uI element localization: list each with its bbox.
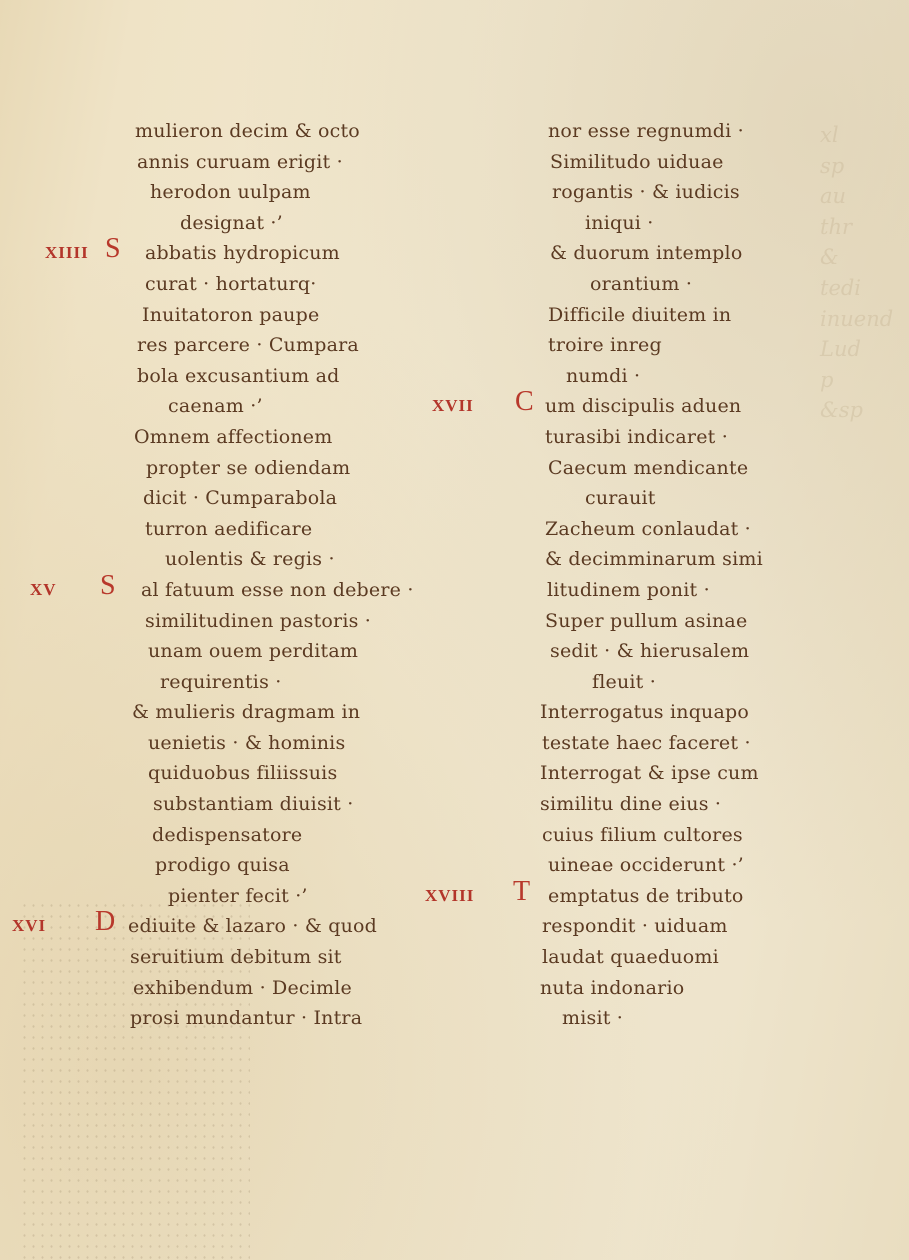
line-text: designat ·’ xyxy=(180,208,283,239)
manuscript-line: Zacheum conlaudat · xyxy=(420,514,820,545)
line-text: res parcere · Cumpara xyxy=(137,330,359,361)
line-text: curauit xyxy=(585,483,656,514)
manuscript-line: misit · xyxy=(420,1003,820,1034)
manuscript-line: designat ·’ xyxy=(0,208,420,239)
line-text: uolentis & regis · xyxy=(165,544,335,575)
manuscript-line: nuta indonario xyxy=(420,973,820,1004)
line-text: cuius filium cultores xyxy=(542,820,743,851)
manuscript-line: uineae occiderunt ·’ xyxy=(420,850,820,881)
manuscript-line: seruitium debitum sit xyxy=(0,942,420,973)
line-text: nor esse regnumdi · xyxy=(548,116,744,147)
line-text: pienter fecit ·’ xyxy=(168,881,308,912)
line-text: dicit · Cumparabola xyxy=(143,483,337,514)
line-text: & mulieris dragmam in xyxy=(132,697,360,728)
chapter-number-rubric: XVIII xyxy=(425,881,474,912)
line-text: nuta indonario xyxy=(540,973,684,1004)
line-text: prodigo quisa xyxy=(155,850,290,881)
manuscript-line: respondit · uiduam xyxy=(420,911,820,942)
show-through-fragment: au xyxy=(820,181,909,212)
line-text: Difficile diuitem in xyxy=(548,300,731,331)
line-text: al fatuum esse non debere · xyxy=(141,575,414,606)
manuscript-line: similitu dine eius · xyxy=(420,789,820,820)
line-text: dedispensatore xyxy=(152,820,302,851)
manuscript-line: turron aedificare xyxy=(0,514,420,545)
rubricated-initial: T xyxy=(513,877,530,908)
manuscript-line: Caecum mendicante xyxy=(420,453,820,484)
line-text: bola excusantium ad xyxy=(137,361,340,392)
line-text: Interrogat & ipse cum xyxy=(540,758,759,789)
manuscript-line: Difficile diuitem in xyxy=(420,300,820,331)
line-text: iniqui · xyxy=(585,208,654,239)
manuscript-line: nor esse regnumdi · xyxy=(420,116,820,147)
line-text: unam ouem perditam xyxy=(148,636,358,667)
line-text: uenietis · & hominis xyxy=(148,728,345,759)
line-text: substantiam diuisit · xyxy=(153,789,354,820)
rubricated-initial: S xyxy=(100,571,116,602)
line-text: Interrogatus inquapo xyxy=(540,697,749,728)
line-text: laudat quaeduomi xyxy=(542,942,719,973)
manuscript-line: turasibi indicaret · xyxy=(420,422,820,453)
show-through-fragment: Lud xyxy=(820,334,909,365)
manuscript-line: numdi · xyxy=(420,361,820,392)
manuscript-line: Interrogatus inquapo xyxy=(420,697,820,728)
manuscript-line: uolentis & regis · xyxy=(0,544,420,575)
line-text: turron aedificare xyxy=(145,514,312,545)
line-text: annis curuam erigit · xyxy=(137,147,343,178)
line-text: numdi · xyxy=(566,361,640,392)
line-text: similitu dine eius · xyxy=(540,789,721,820)
line-text: turasibi indicaret · xyxy=(545,422,728,453)
manuscript-line: troire inreg xyxy=(420,330,820,361)
line-text: Omnem affectionem xyxy=(134,422,332,453)
line-text: troire inreg xyxy=(548,330,662,361)
line-text: & duorum intemplo xyxy=(550,238,742,269)
manuscript-line: sedit · & hierusalem xyxy=(420,636,820,667)
manuscript-line: iniqui · xyxy=(420,208,820,239)
manuscript-line: quiduobus filiissuis xyxy=(0,758,420,789)
show-through-fragment: thr xyxy=(820,212,909,243)
line-text: rogantis · & iudicis xyxy=(552,177,740,208)
manuscript-line: orantium · xyxy=(420,269,820,300)
manuscript-line: testate haec faceret · xyxy=(420,728,820,759)
manuscript-line: XVIDediuite & lazaro · & quod xyxy=(0,911,420,942)
manuscript-line: dedispensatore xyxy=(0,820,420,851)
show-through-fragment: sp xyxy=(820,151,909,182)
manuscript-line: Similitudo uiduae xyxy=(420,147,820,178)
manuscript-line: XVIIITemptatus de tributo xyxy=(420,881,820,912)
line-text: similitudinen pastoris · xyxy=(145,606,371,637)
manuscript-line: dicit · Cumparabola xyxy=(0,483,420,514)
line-text: Zacheum conlaudat · xyxy=(545,514,751,545)
line-text: seruitium debitum sit xyxy=(130,942,342,973)
manuscript-line: pienter fecit ·’ xyxy=(0,881,420,912)
line-text: caenam ·’ xyxy=(168,391,263,422)
line-text: fleuit · xyxy=(592,667,656,698)
line-text: ediuite & lazaro · & quod xyxy=(128,911,377,942)
manuscript-line: similitudinen pastoris · xyxy=(0,606,420,637)
line-text: propter se odiendam xyxy=(146,453,350,484)
manuscript-line: Super pullum asinae xyxy=(420,606,820,637)
chapter-number-rubric: XVII xyxy=(432,391,474,422)
manuscript-line: & mulieris dragmam in xyxy=(0,697,420,728)
manuscript-line: curauit xyxy=(420,483,820,514)
manuscript-line: Interrogat & ipse cum xyxy=(420,758,820,789)
manuscript-line: exhibendum · Decimle xyxy=(0,973,420,1004)
manuscript-line: & decimminarum simi xyxy=(420,544,820,575)
manuscript-line: cuius filium cultores xyxy=(420,820,820,851)
manuscript-line: & duorum intemplo xyxy=(420,238,820,269)
line-text: requirentis · xyxy=(160,667,282,698)
line-text: respondit · uiduam xyxy=(542,911,728,942)
manuscript-line: unam ouem perditam xyxy=(0,636,420,667)
rubricated-initial: C xyxy=(515,387,534,418)
line-text: um discipulis aduen xyxy=(545,391,741,422)
manuscript-line: prosi mundantur · Intra xyxy=(0,1003,420,1034)
right-column: nor esse regnumdi ·Similitudo uiduaeroga… xyxy=(420,116,820,1034)
chapter-number-rubric: XV xyxy=(30,575,57,606)
show-through-fragment: p xyxy=(820,365,909,396)
line-text: & decimminarum simi xyxy=(545,544,763,575)
manuscript-line: curat · hortaturq· xyxy=(0,269,420,300)
show-through-fragment: &sp xyxy=(820,395,909,426)
show-through-fragment: & xyxy=(820,242,909,273)
line-text: Inuitatoron paupe xyxy=(142,300,319,331)
line-text: emptatus de tributo xyxy=(548,881,744,912)
line-text: Caecum mendicante xyxy=(548,453,748,484)
manuscript-line: prodigo quisa xyxy=(0,850,420,881)
manuscript-line: Omnem affectionem xyxy=(0,422,420,453)
line-text: exhibendum · Decimle xyxy=(133,973,352,1004)
show-through-fragment: xl xyxy=(820,120,909,151)
line-text: sedit · & hierusalem xyxy=(550,636,749,667)
verso-show-through: xlspauthr&tediinuendLudp&sp xyxy=(820,120,909,426)
manuscript-line: rogantis · & iudicis xyxy=(420,177,820,208)
manuscript-page: xlspauthr&tediinuendLudp&sp mulieron dec… xyxy=(0,0,909,1260)
manuscript-line: caenam ·’ xyxy=(0,391,420,422)
manuscript-line: annis curuam erigit · xyxy=(0,147,420,178)
manuscript-line: herodon uulpam xyxy=(0,177,420,208)
line-text: curat · hortaturq· xyxy=(145,269,317,300)
line-text: litudinem ponit · xyxy=(547,575,710,606)
line-text: misit · xyxy=(562,1003,623,1034)
manuscript-line: res parcere · Cumpara xyxy=(0,330,420,361)
line-text: prosi mundantur · Intra xyxy=(130,1003,362,1034)
manuscript-line: fleuit · xyxy=(420,667,820,698)
manuscript-line: substantiam diuisit · xyxy=(0,789,420,820)
line-text: testate haec faceret · xyxy=(542,728,751,759)
manuscript-line: propter se odiendam xyxy=(0,453,420,484)
line-text: quiduobus filiissuis xyxy=(148,758,337,789)
manuscript-line: XIIIISabbatis hydropicum xyxy=(0,238,420,269)
line-text: mulieron decim & octo xyxy=(135,116,360,147)
manuscript-line: bola excusantium ad xyxy=(0,361,420,392)
rubricated-initial: S xyxy=(105,234,121,265)
line-text: herodon uulpam xyxy=(150,177,311,208)
line-text: uineae occiderunt ·’ xyxy=(548,850,744,881)
manuscript-line: uenietis · & hominis xyxy=(0,728,420,759)
manuscript-line: mulieron decim & octo xyxy=(0,116,420,147)
show-through-fragment: inuend xyxy=(820,304,909,335)
manuscript-line: XVIICum discipulis aduen xyxy=(420,391,820,422)
rubricated-initial: D xyxy=(95,907,115,938)
chapter-number-rubric: XVI xyxy=(12,911,46,942)
left-column: mulieron decim & octoannis curuam erigit… xyxy=(0,116,420,1034)
line-text: abbatis hydropicum xyxy=(145,238,340,269)
manuscript-line: litudinem ponit · xyxy=(420,575,820,606)
manuscript-line: laudat quaeduomi xyxy=(420,942,820,973)
manuscript-line: XVSal fatuum esse non debere · xyxy=(0,575,420,606)
line-text: orantium · xyxy=(590,269,692,300)
show-through-fragment: tedi xyxy=(820,273,909,304)
manuscript-line: Inuitatoron paupe xyxy=(0,300,420,331)
line-text: Similitudo uiduae xyxy=(550,147,724,178)
manuscript-line: requirentis · xyxy=(0,667,420,698)
line-text: Super pullum asinae xyxy=(545,606,747,637)
chapter-number-rubric: XIIII xyxy=(45,238,89,269)
